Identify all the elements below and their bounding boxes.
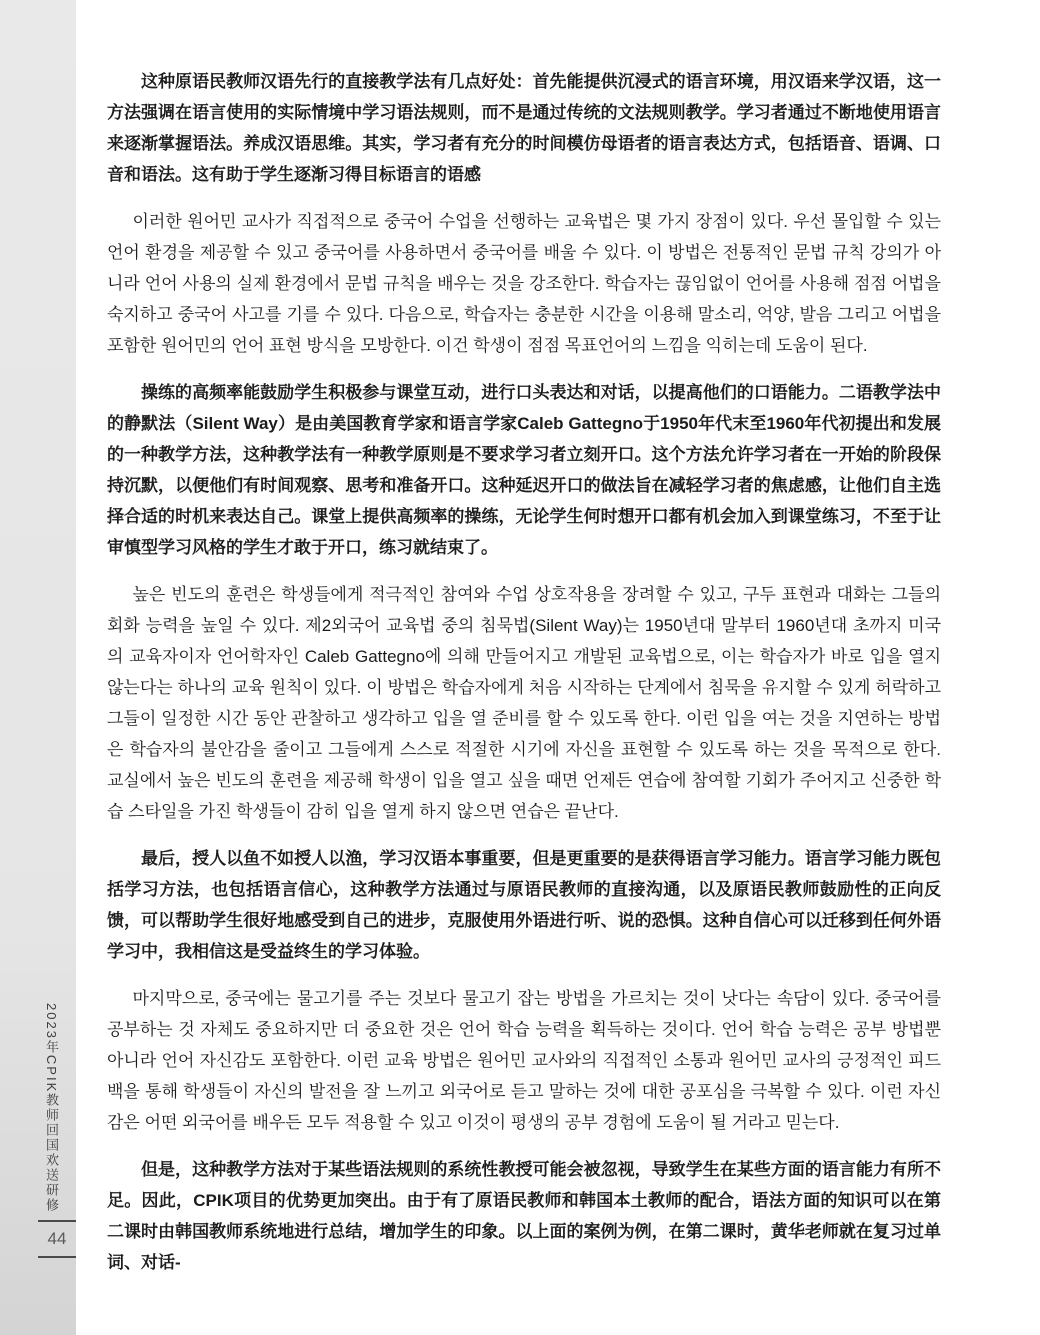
paragraph-korean-1: 이러한 원어민 교사가 직접적으로 중국어 수업을 선행하는 교육법은 몇 가지… — [107, 206, 941, 361]
paragraph-chinese-2: 操练的高频率能鼓励学生积极参与课堂互动，进行口头表达和对话，以提高他们的口语能力… — [107, 377, 941, 563]
paragraph-korean-2: 높은 빈도의 훈련은 학생들에게 적극적인 참여와 수업 상호작용을 장려할 수… — [107, 579, 941, 827]
text-column: 这种原语民教师汉语先行的直接教学法有几点好处：首先能提供沉浸式的语言环境，用汉语… — [107, 66, 941, 1294]
paragraph-korean-3: 마지막으로, 중국에는 물고기를 주는 것보다 물고기 잡는 방법을 가르치는 … — [107, 983, 941, 1138]
left-gutter: 2023年CPIK教师回国欢送研修 44 — [0, 0, 76, 1335]
paragraph-chinese-4: 但是，这种教学方法对于某些语法规则的系统性教授可能会被忽视，导致学生在某些方面的… — [107, 1154, 941, 1278]
document-page: 2023年CPIK教师回国欢送研修 44 这种原语民教师汉语先行的直接教学法有几… — [0, 0, 1040, 1335]
page-number: 44 — [38, 1220, 76, 1258]
vertical-running-title: 2023年CPIK教师回国欢送研修 — [42, 1003, 61, 1213]
paragraph-chinese-3: 最后，授人以鱼不如授人以渔，学习汉语本事重要，但是更重要的是获得语言学习能力。语… — [107, 843, 941, 967]
paragraph-chinese-1: 这种原语民教师汉语先行的直接教学法有几点好处：首先能提供沉浸式的语言环境，用汉语… — [107, 66, 941, 190]
